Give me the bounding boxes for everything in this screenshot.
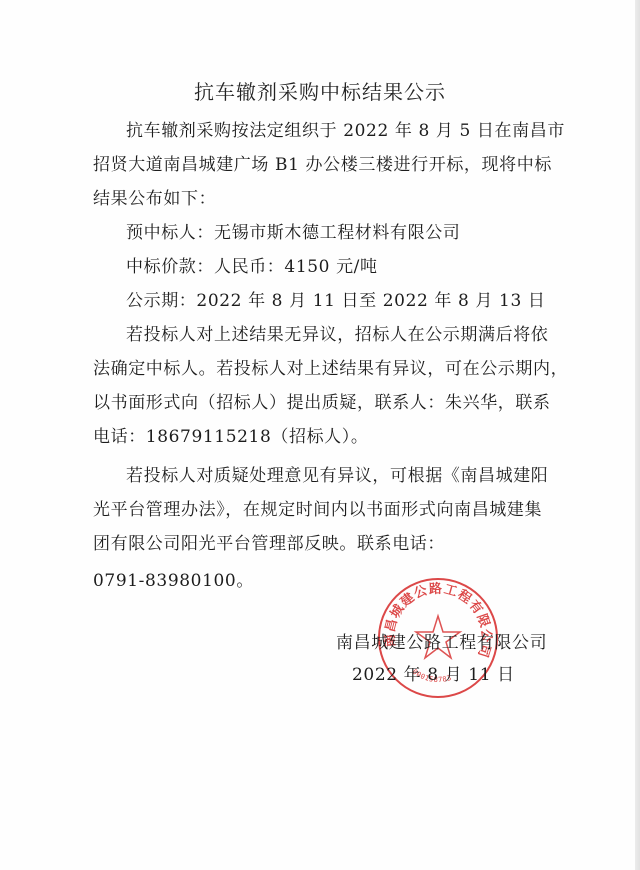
complaint-paragraph-line-3: 团有限公司阳光平台管理部反映。联系电话： xyxy=(93,529,445,554)
objection-paragraph-line-3: 以书面形式向（招标人）提出质疑，联系人：朱兴华，联系 xyxy=(93,388,551,413)
signature-date: 2022 年 8 月 11 日 xyxy=(352,660,515,685)
complaint-paragraph-line-2: 光平台管理办法》，在规定时间内以书面形式向南昌城建集 xyxy=(93,495,542,520)
paragraph-1-line-3: 结果公布如下： xyxy=(93,184,216,209)
winning-bidder: 预中标人：无锡市斯木德工程材料有限公司 xyxy=(126,218,460,243)
publicity-period: 公示期：2022 年 8 月 11 日至 2022 年 8 月 13 日 xyxy=(126,286,545,311)
objection-paragraph-line-4: 电话：18679115218（招标人）。 xyxy=(93,422,368,447)
document-page: 抗车辙剂采购中标结果公示 抗车辙剂采购按法定组织于 2022 年 8 月 5 日… xyxy=(0,0,635,870)
scan-edge-strip xyxy=(635,0,640,870)
paragraph-1-line-1: 抗车辙剂采购按法定组织于 2022 年 8 月 5 日在南昌市 xyxy=(126,116,565,141)
objection-paragraph-line-1: 若投标人对上述结果无异议，招标人在公示期满后将依 xyxy=(126,320,548,345)
complaint-paragraph-line-1: 若投标人对质疑处理意见有异议，可根据《南昌城建阳 xyxy=(126,461,548,486)
signature-company: 南昌城建公路工程有限公司 xyxy=(336,628,547,653)
complaint-paragraph-line-4: 0791-83980100。 xyxy=(93,566,254,591)
winning-price: 中标价款：人民币：4150 元/吨 xyxy=(126,252,378,277)
objection-paragraph-line-2: 法确定中标人。若投标人对上述结果有异议，可在公示期内， xyxy=(93,354,568,379)
document-title: 抗车辙剂采购中标结果公示 xyxy=(0,76,640,105)
paragraph-1-line-2: 招贤大道南昌城建广场 B1 办公楼三楼进行开标，现将中标 xyxy=(93,150,552,175)
